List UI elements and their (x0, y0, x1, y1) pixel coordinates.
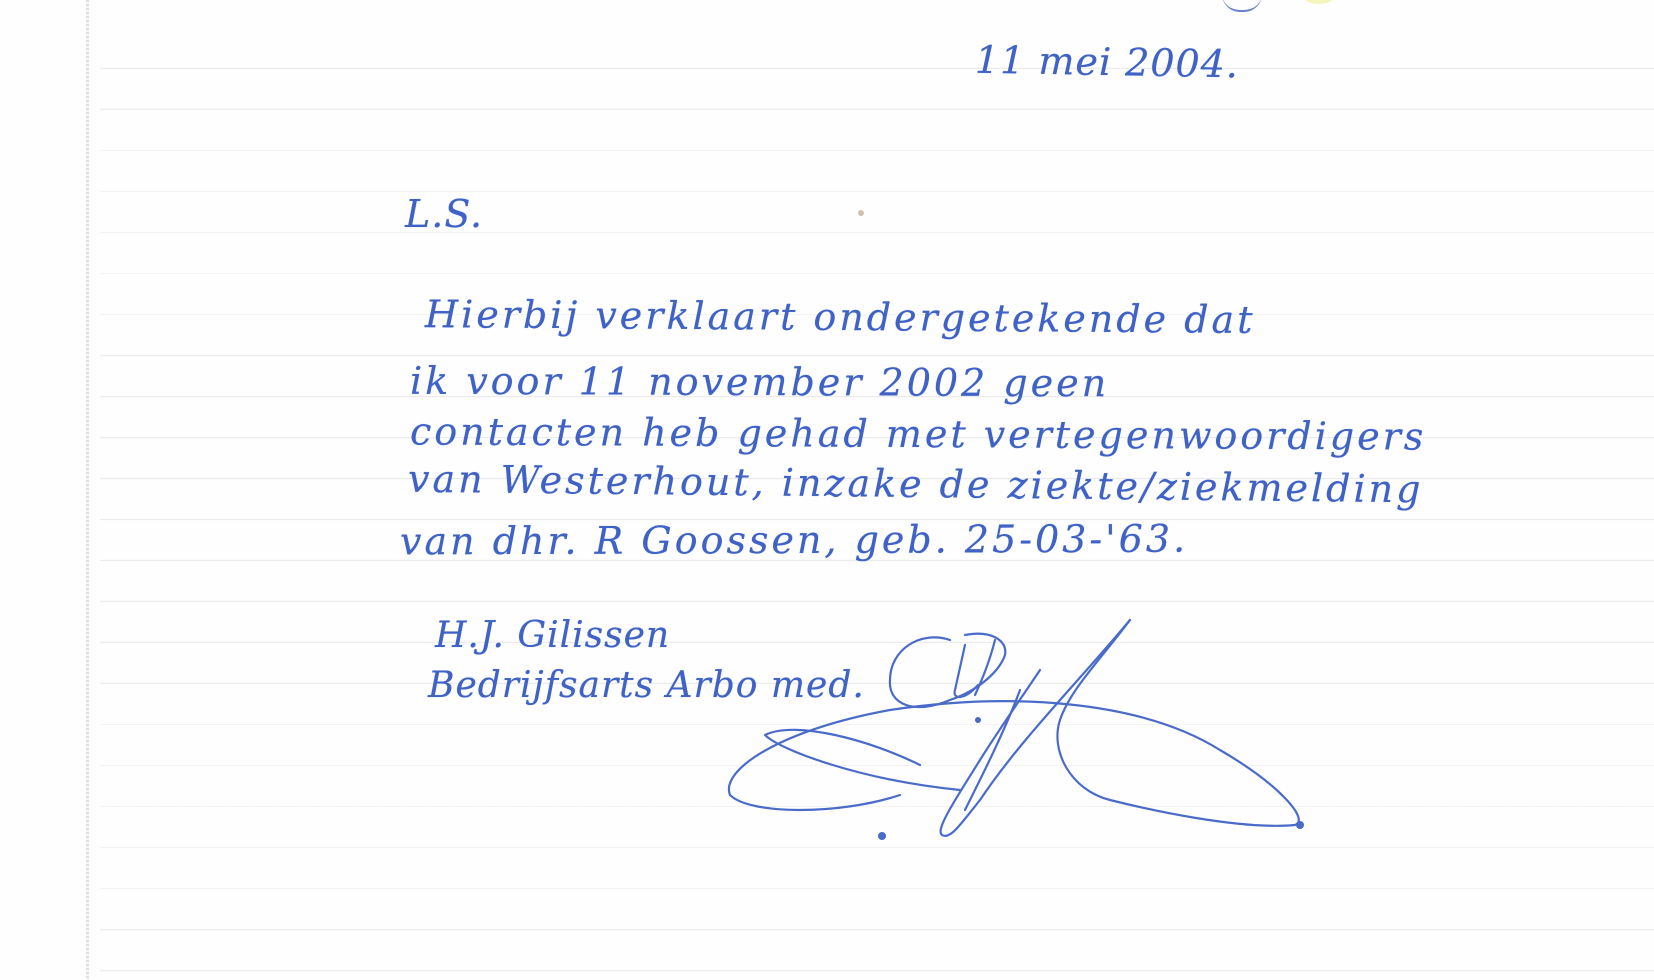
scan-edge (86, 0, 89, 980)
body-line-2: ik voor 11 november 2002 geen (410, 359, 1109, 405)
body-line-1: Hierbij verklaart ondergetekende dat (425, 292, 1256, 342)
scanned-letter-page: 11 mei 2004. L.S. Hierbij verklaart onde… (0, 0, 1654, 980)
body-line-3: contacten heb gehad met vertegenwoordige… (410, 409, 1427, 458)
paper-speck (858, 210, 864, 216)
letter-salutation: L.S. (405, 192, 483, 236)
signatory-name: H.J. Gilissen (435, 615, 670, 656)
letter-date: 11 mei 2004. (975, 38, 1240, 87)
body-line-5: van dhr. R Goossen, geb. 25-03-'63. (400, 517, 1188, 564)
handwritten-signature (720, 600, 1320, 860)
